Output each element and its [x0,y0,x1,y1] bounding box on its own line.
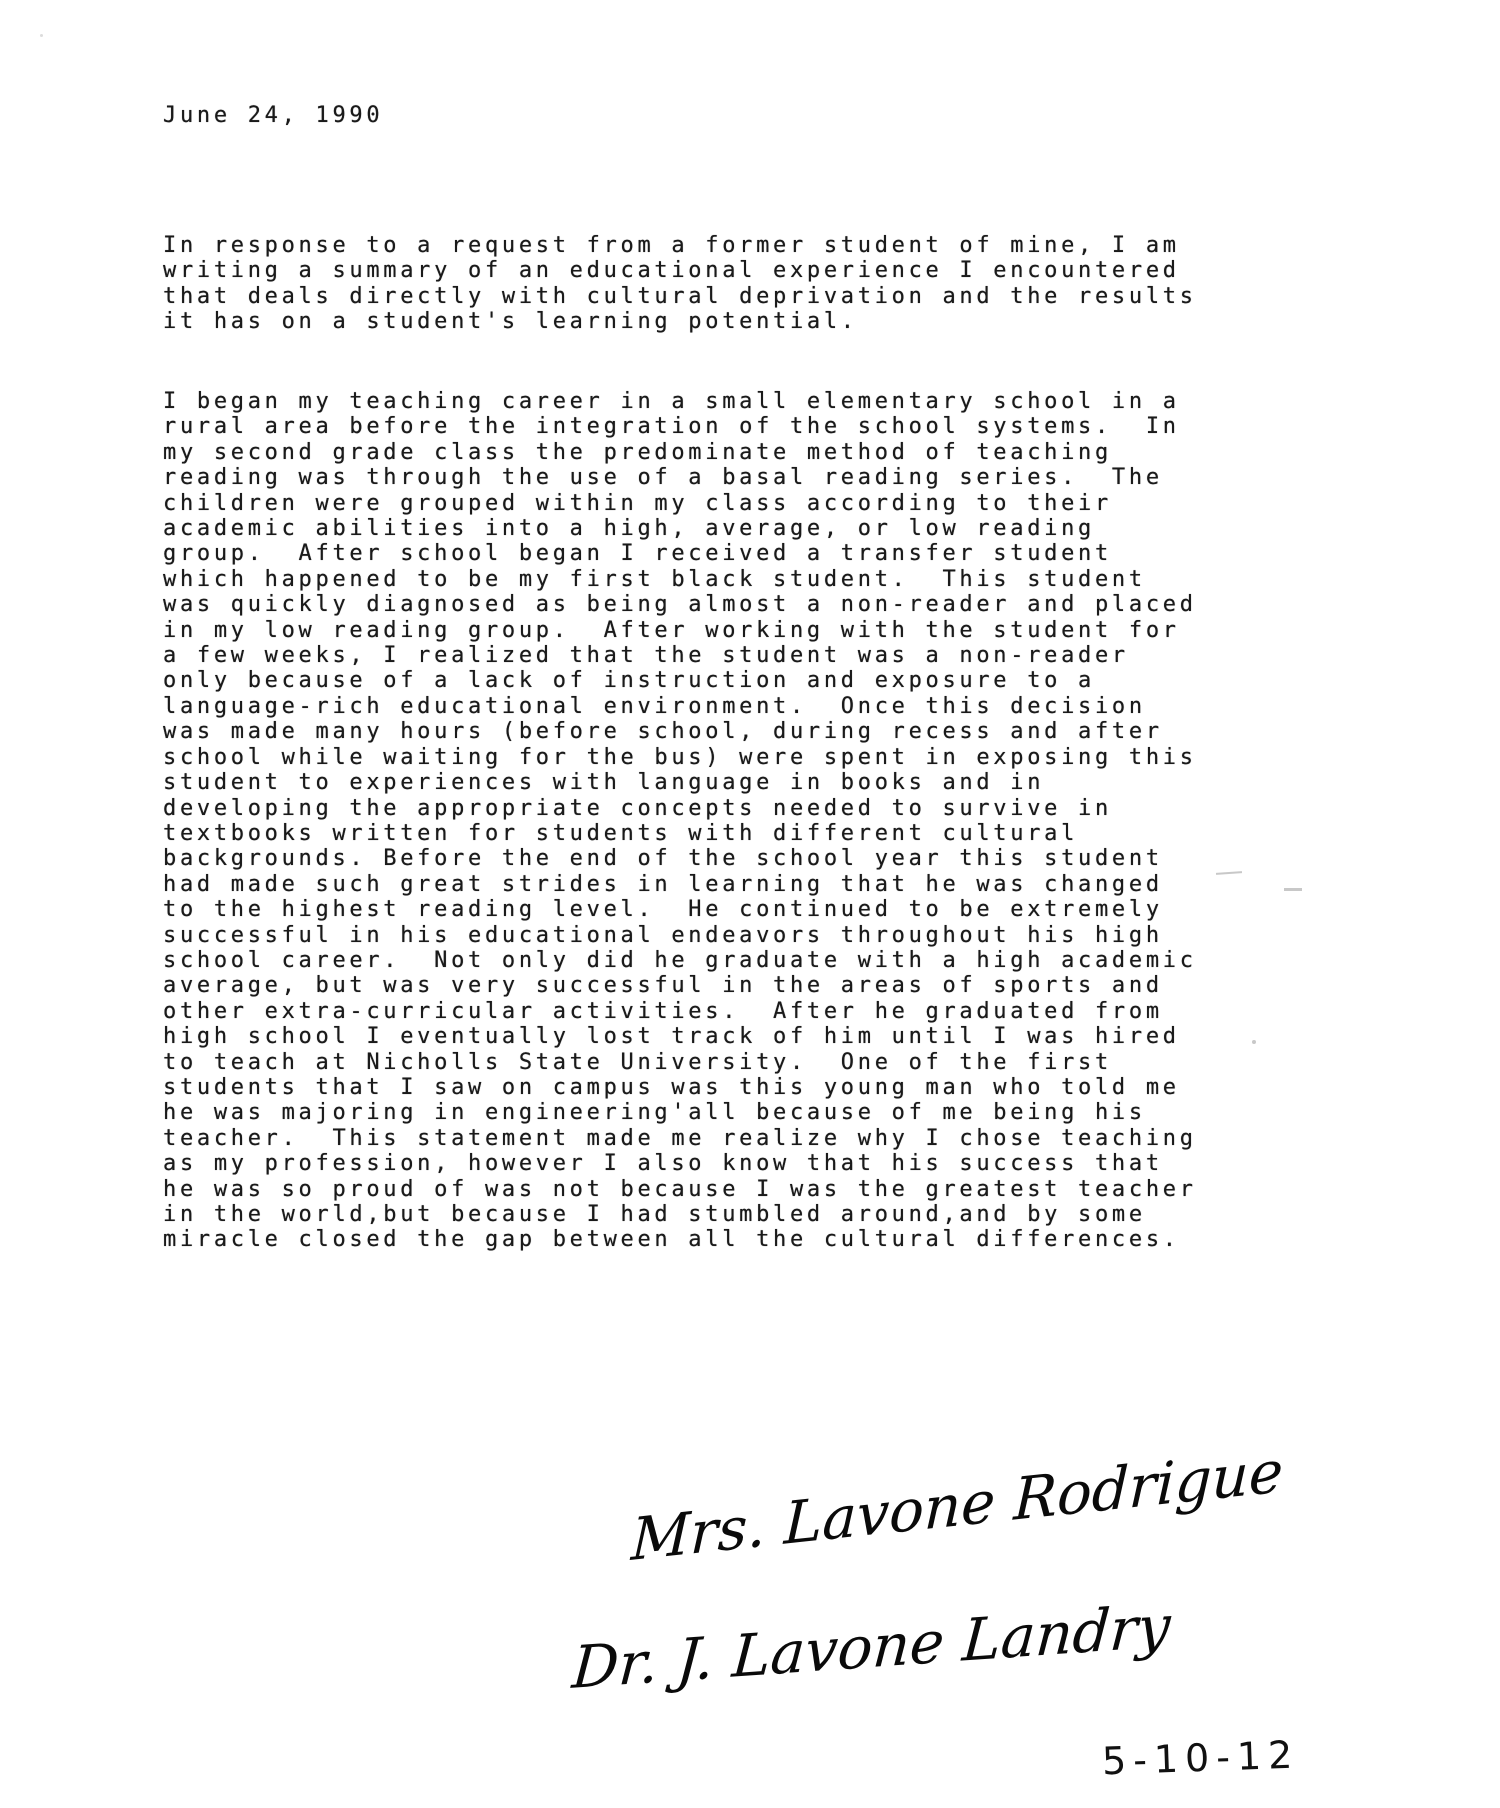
signature-dr-j-lavone-landry: Dr. J. Lavone Landry [570,1592,1173,1702]
scan-artifact-dot [40,34,43,37]
signature-mrs-lavone-rodrigue: Mrs. Lavone Rodrigue [630,1437,1284,1574]
scanned-letter-page: June 24, 1990 In response to a request f… [0,0,1500,1808]
scan-artifact-dot [1252,1040,1256,1044]
letter-paragraph-intro: In response to a request from a former s… [163,233,1197,335]
letter-paragraph-body: I began my teaching career in a small el… [163,389,1197,1253]
letter-date: June 24, 1990 [163,103,383,128]
handwritten-date-note: 5-10-12 [1101,1733,1300,1784]
scan-artifact-dash [1216,871,1242,875]
scan-artifact-dash [1284,888,1302,891]
